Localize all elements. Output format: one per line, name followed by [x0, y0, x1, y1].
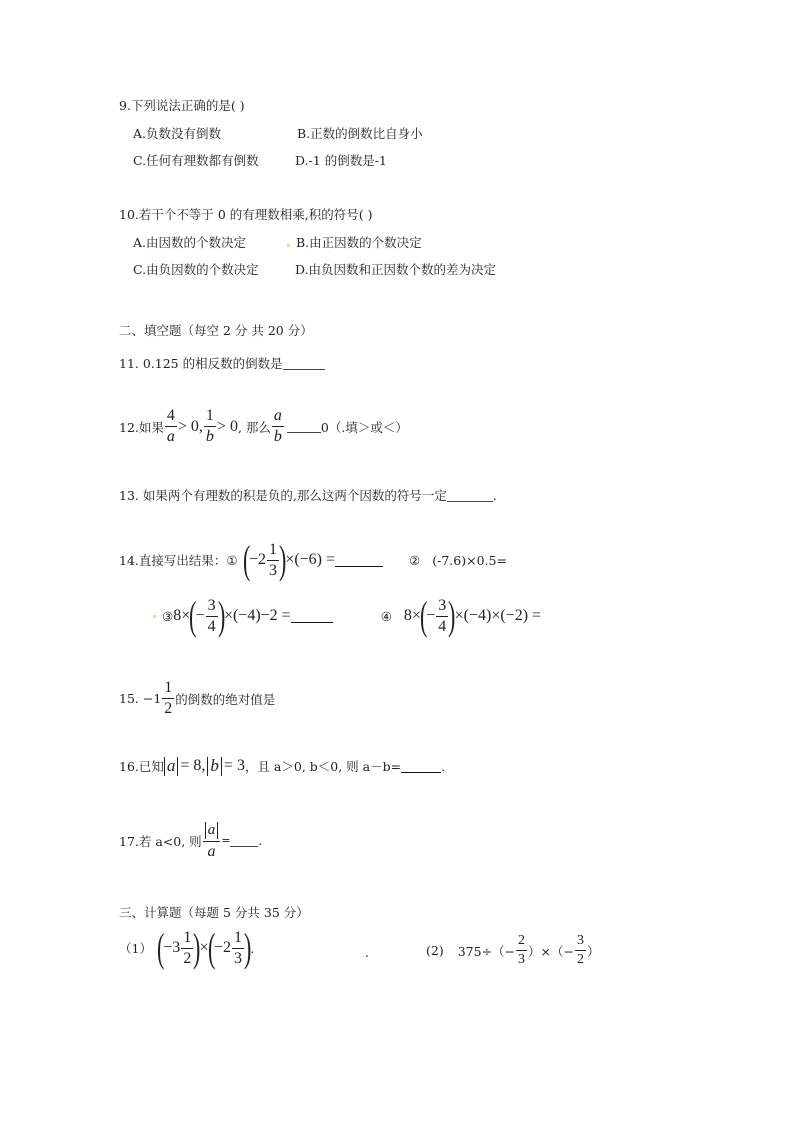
q15: 15. −1 1 2 的倒数的绝对值是 [119, 680, 275, 717]
q15-prefix: 15. −1 [119, 691, 161, 706]
q14-item2-expression: (-7.6)×0.5= [432, 553, 507, 568]
calc-1-whole2: −2 [214, 939, 231, 957]
q13-answer-blank[interactable] [447, 489, 493, 502]
q9-option-b: B.正数的倒数比自身小 [297, 124, 423, 142]
q12-fraction-1-over-b: 1 b [204, 408, 216, 445]
q10-option-b: B.由正因数的个数决定 [287, 233, 422, 251]
q14-item3-label: ③ [162, 609, 173, 624]
q12: 12.如果 4 a > 0, 1 b > 0 , 那么 a b 0（.填＞或＜） [119, 408, 408, 445]
q11-answer-blank[interactable] [283, 357, 325, 370]
calc-1-label: （1） [119, 939, 152, 957]
q10-option-a: A.由因数的个数决定 [133, 233, 246, 251]
q16-abs-a: a [164, 757, 179, 776]
q10-option-b-text: B.由正因数的个数决定 [296, 235, 422, 250]
q12-answer-blank[interactable] [287, 420, 321, 433]
q12-prefix: 12.如果 [119, 418, 164, 436]
stray-mark [287, 244, 290, 247]
calc-2: (2) 375÷（− 2 3 ）×（− 3 2 ） [426, 934, 600, 967]
q15-suffix: 的倒数的绝对值是 [175, 690, 275, 708]
q14-item2-label: ② [409, 553, 420, 568]
calc-2-lead: 375÷（− [458, 942, 515, 960]
q10-option-d: D.由负因数和正因数个数的差为决定 [295, 260, 496, 278]
q10-option-c: C.由负因数的个数决定 [133, 260, 259, 278]
q17-fraction: a a [203, 822, 221, 860]
q16-eq2: = 3 [224, 757, 245, 775]
q11-text: 11. 0.125 的相反数的倒数是 [119, 354, 283, 372]
q12-fraction-4-over-a: 4 a [165, 408, 177, 445]
left-paren: ( [420, 596, 427, 636]
calc-2-end: ） [587, 942, 600, 960]
calc-2-label: (2) [426, 943, 444, 958]
left-paren: ( [243, 540, 250, 580]
section-2-title: 二、填空题（每空 2 分 共 20 分） [119, 321, 313, 339]
q16-abs-b: b [207, 757, 222, 776]
left-paren: ( [189, 596, 196, 636]
q14-item1-answer-blank[interactable] [335, 554, 383, 567]
section-3-title: 三、计算题（每题 5 分共 35 分） [119, 903, 309, 921]
q14-item1-rest: ×(−6) = [285, 551, 335, 569]
q11: 11. 0.125 的相反数的倒数是 [119, 354, 325, 372]
q12-cond1: > 0, [178, 418, 203, 436]
q9-stem: 9.下列说法正确的是( ) [119, 96, 245, 114]
q16-answer-blank[interactable] [401, 760, 441, 773]
q13-period: . [493, 488, 497, 503]
q12-suffix: 0（.填＞或＜） [321, 418, 408, 436]
q14-row1: 14.直接写出结果： ① ( −2 1 3 ) ×(−6) = ② (-7.6)… [119, 540, 507, 580]
right-paren: ) [193, 928, 200, 968]
q14-item4-before: 8× [404, 607, 421, 625]
q16-period: . [441, 759, 445, 774]
calc-1-whole1: −3 [163, 939, 180, 957]
q9-option-c: C.任何有理数都有倒数 [133, 151, 259, 169]
calc-2-fraction2: 3 2 [575, 934, 586, 967]
q12-then: , 那么 [238, 418, 271, 436]
q16-suffix: ，且 a＞0, b＜0, 则 a－b= [245, 757, 401, 775]
left-paren: ( [157, 928, 164, 968]
q16: 16.已知 a = 8, b = 3 ，且 a＞0, b＜0, 则 a－b= . [119, 757, 445, 776]
calc-1-fraction2: 1 3 [232, 930, 244, 967]
minus-sign: − [196, 607, 205, 625]
q14-item3-rest: ×(−4)−2 = [224, 607, 291, 625]
q14-prefix: 14.直接写出结果： [119, 551, 226, 569]
calc-2-mid: ）×（− [528, 942, 574, 960]
q12-fraction-a-over-b: a b [272, 408, 284, 445]
q14-item4-fraction: 3 4 [436, 598, 448, 635]
q9-option-d: D.-1 的倒数是-1 [295, 151, 387, 169]
q17-abs-a: a [205, 822, 219, 839]
stray-mark [153, 615, 156, 618]
q14-item1-fraction: 1 3 [267, 542, 279, 579]
q14-item1-label: ① [226, 553, 237, 568]
q14-item3-before: 8× [173, 607, 190, 625]
q14-item4-label: ④ [381, 609, 392, 624]
q15-fraction: 1 2 [162, 680, 174, 717]
q14-item3-answer-blank[interactable] [291, 610, 333, 623]
calc-2-fraction1: 2 3 [516, 934, 527, 967]
calc-1: （1） ( −3 1 2 ) × ( −2 1 3 ) . [119, 928, 254, 968]
q16-prefix: 16.已知 [119, 757, 164, 775]
q17-prefix: 17.若 a<0, 则 [119, 832, 202, 850]
q17-period: . [258, 833, 262, 848]
right-paren: ) [218, 596, 225, 636]
q10-stem: 10.若干个不等于 0 的有理数相乘,积的符号( ) [119, 205, 372, 223]
q16-eq1: = 8, [180, 757, 205, 775]
stray-dot: . [365, 945, 369, 960]
q13: 13. 如果两个有理数的积是负的,那么这两个因数的符号一定 . [119, 486, 497, 504]
minus-sign: − [426, 607, 435, 625]
q14-item3-fraction: 3 4 [206, 598, 218, 635]
q14-item4-rest: ×(−4)×(−2) = [455, 607, 541, 625]
right-paren: ) [448, 596, 455, 636]
left-paren: ( [208, 928, 215, 968]
right-paren: ) [279, 540, 286, 580]
q17: 17.若 a<0, 则 a a = . [119, 822, 262, 860]
q14-row2: ③ 8× ( − 3 4 ) ×(−4)−2 = ④ 8× ( − 3 4 ) … [153, 596, 541, 636]
right-paren: ) [244, 928, 251, 968]
calc-1-fraction1: 1 2 [181, 930, 193, 967]
q17-answer-blank[interactable] [230, 834, 258, 847]
q17-equals: = [221, 834, 230, 847]
q9-option-a: A.负数没有倒数 [133, 124, 221, 142]
q13-text: 13. 如果两个有理数的积是负的,那么这两个因数的符号一定 [119, 486, 447, 504]
q12-cond2: > 0 [217, 418, 238, 436]
q14-item1-whole: −2 [249, 551, 266, 569]
